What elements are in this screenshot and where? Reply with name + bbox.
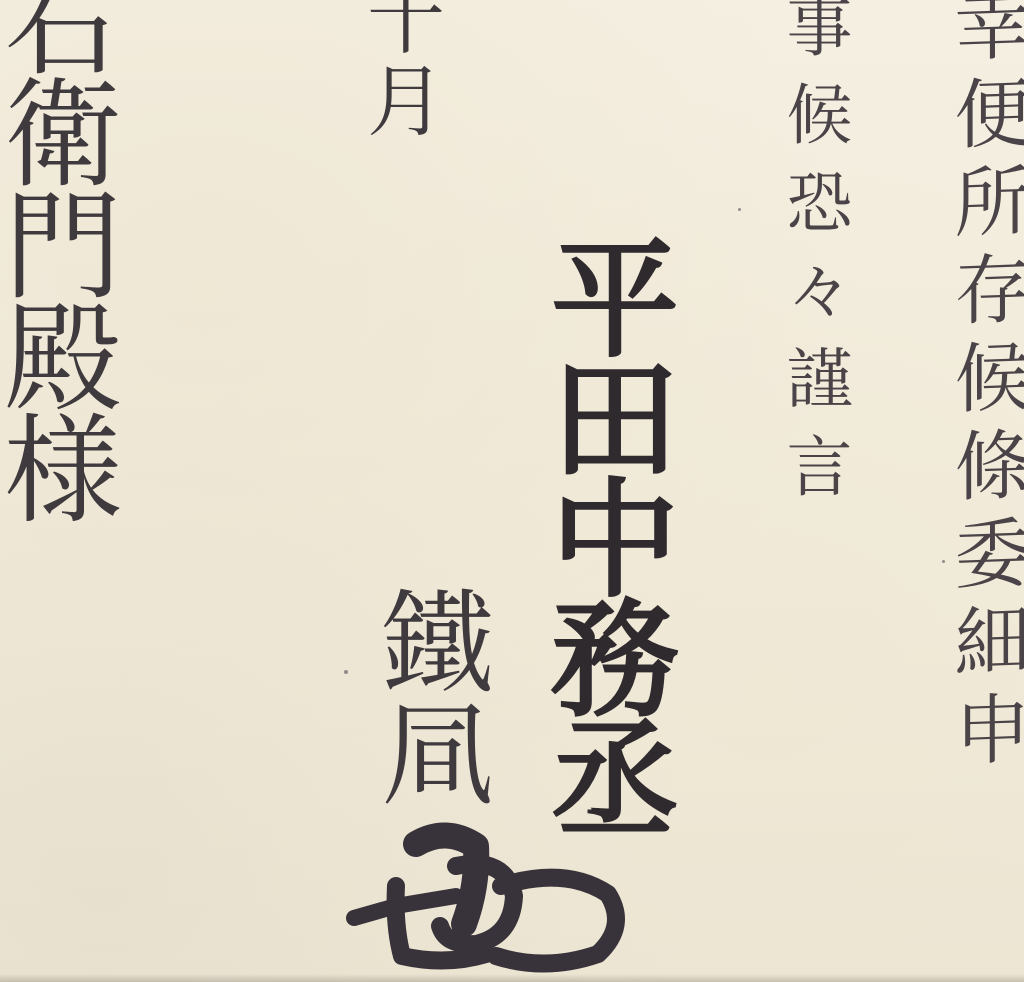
ink-speck: [344, 670, 348, 674]
paper-edge-shadow: [0, 974, 1024, 982]
document-page: 幸便所存候條委細申 事候恐々謹言 十月 平田中務丞 鐵凬 右衛門殿様: [0, 0, 1024, 982]
text-column-closing-formula: 事候恐々謹言: [780, 0, 846, 520]
text-column-right-edge: 幸便所存候條委細申: [948, 0, 1024, 779]
text-column-date: 十月: [360, 0, 438, 142]
ink-speck: [942, 560, 945, 563]
signature-name: 平田中務丞: [540, 232, 668, 832]
signature-sobriquet: 鐵凬: [372, 584, 484, 808]
text-column-addressee: 右衛門殿様: [0, 0, 112, 520]
kao-monogram-icon: [336, 806, 636, 976]
ink-speck: [738, 208, 741, 211]
